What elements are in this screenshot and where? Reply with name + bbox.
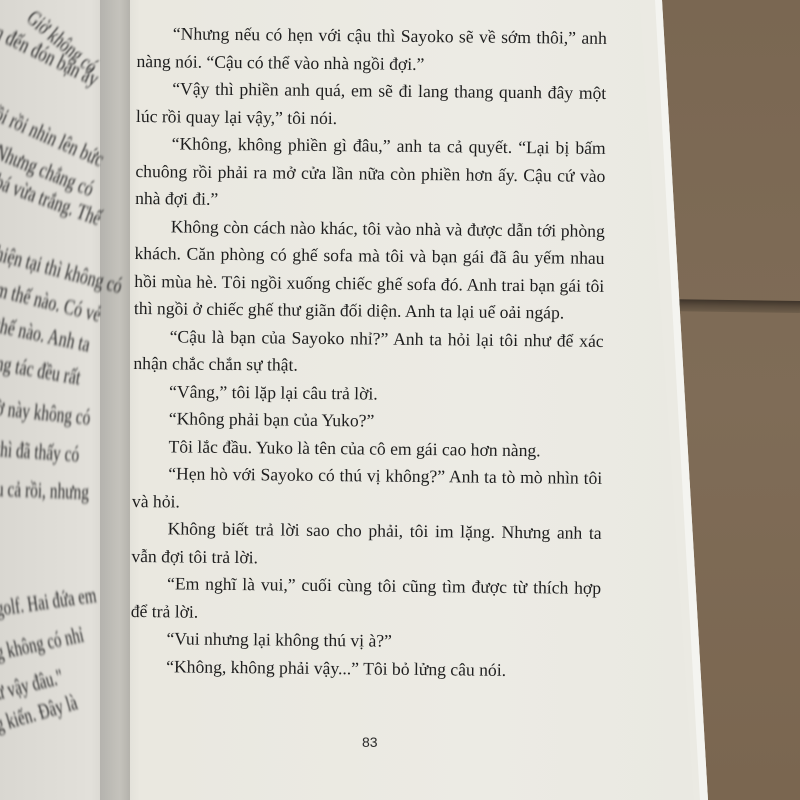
paragraph: “Hẹn hò với Sayoko có thú vị không?” Anh…: [132, 460, 603, 520]
left-page-line: u cả rồi, nhưng: [0, 476, 89, 505]
paragraph: “Em nghĩ là vui,” cuối cùng tôi cũng tìm…: [131, 570, 602, 630]
left-page-line: thì đã thấy có: [0, 436, 80, 468]
paragraph: “Không, không phiền gì đâu,” anh ta cả q…: [135, 130, 606, 217]
left-page-line: golf. Hai đứa em: [0, 582, 98, 622]
left-page-line: ờ này không có: [0, 395, 92, 431]
paragraph: Không biết trả lời sao cho phải, tôi im …: [131, 515, 602, 575]
cardboard-seam: [660, 299, 800, 313]
page-number: 83: [362, 734, 378, 750]
page-body-text: “Nhưng nếu có hẹn với cậu thì Sayoko sẽ …: [130, 20, 607, 685]
paragraph: “Nhưng nếu có hẹn với cậu thì Sayoko sẽ …: [136, 20, 607, 80]
left-page-line: g không có nhỉ: [0, 622, 86, 666]
left-page-line: ng tác đều rất: [0, 350, 83, 390]
paragraph: “Vui nhưng lại không thú vị à?”: [130, 625, 600, 657]
paragraph: Không còn cách nào khác, tôi vào nhà và …: [134, 212, 605, 327]
paragraph: “Không, không phải vậy...” Tôi bỏ lửng c…: [130, 652, 600, 684]
paragraph: “Không phải bạn của Yuko?”: [133, 405, 603, 437]
paragraph: “Vậy thì phiền anh quá, em sẽ đi lang th…: [136, 75, 607, 135]
paragraph: “Cậu là bạn của Sayoko nhỉ?” Anh ta hỏi …: [133, 322, 604, 382]
